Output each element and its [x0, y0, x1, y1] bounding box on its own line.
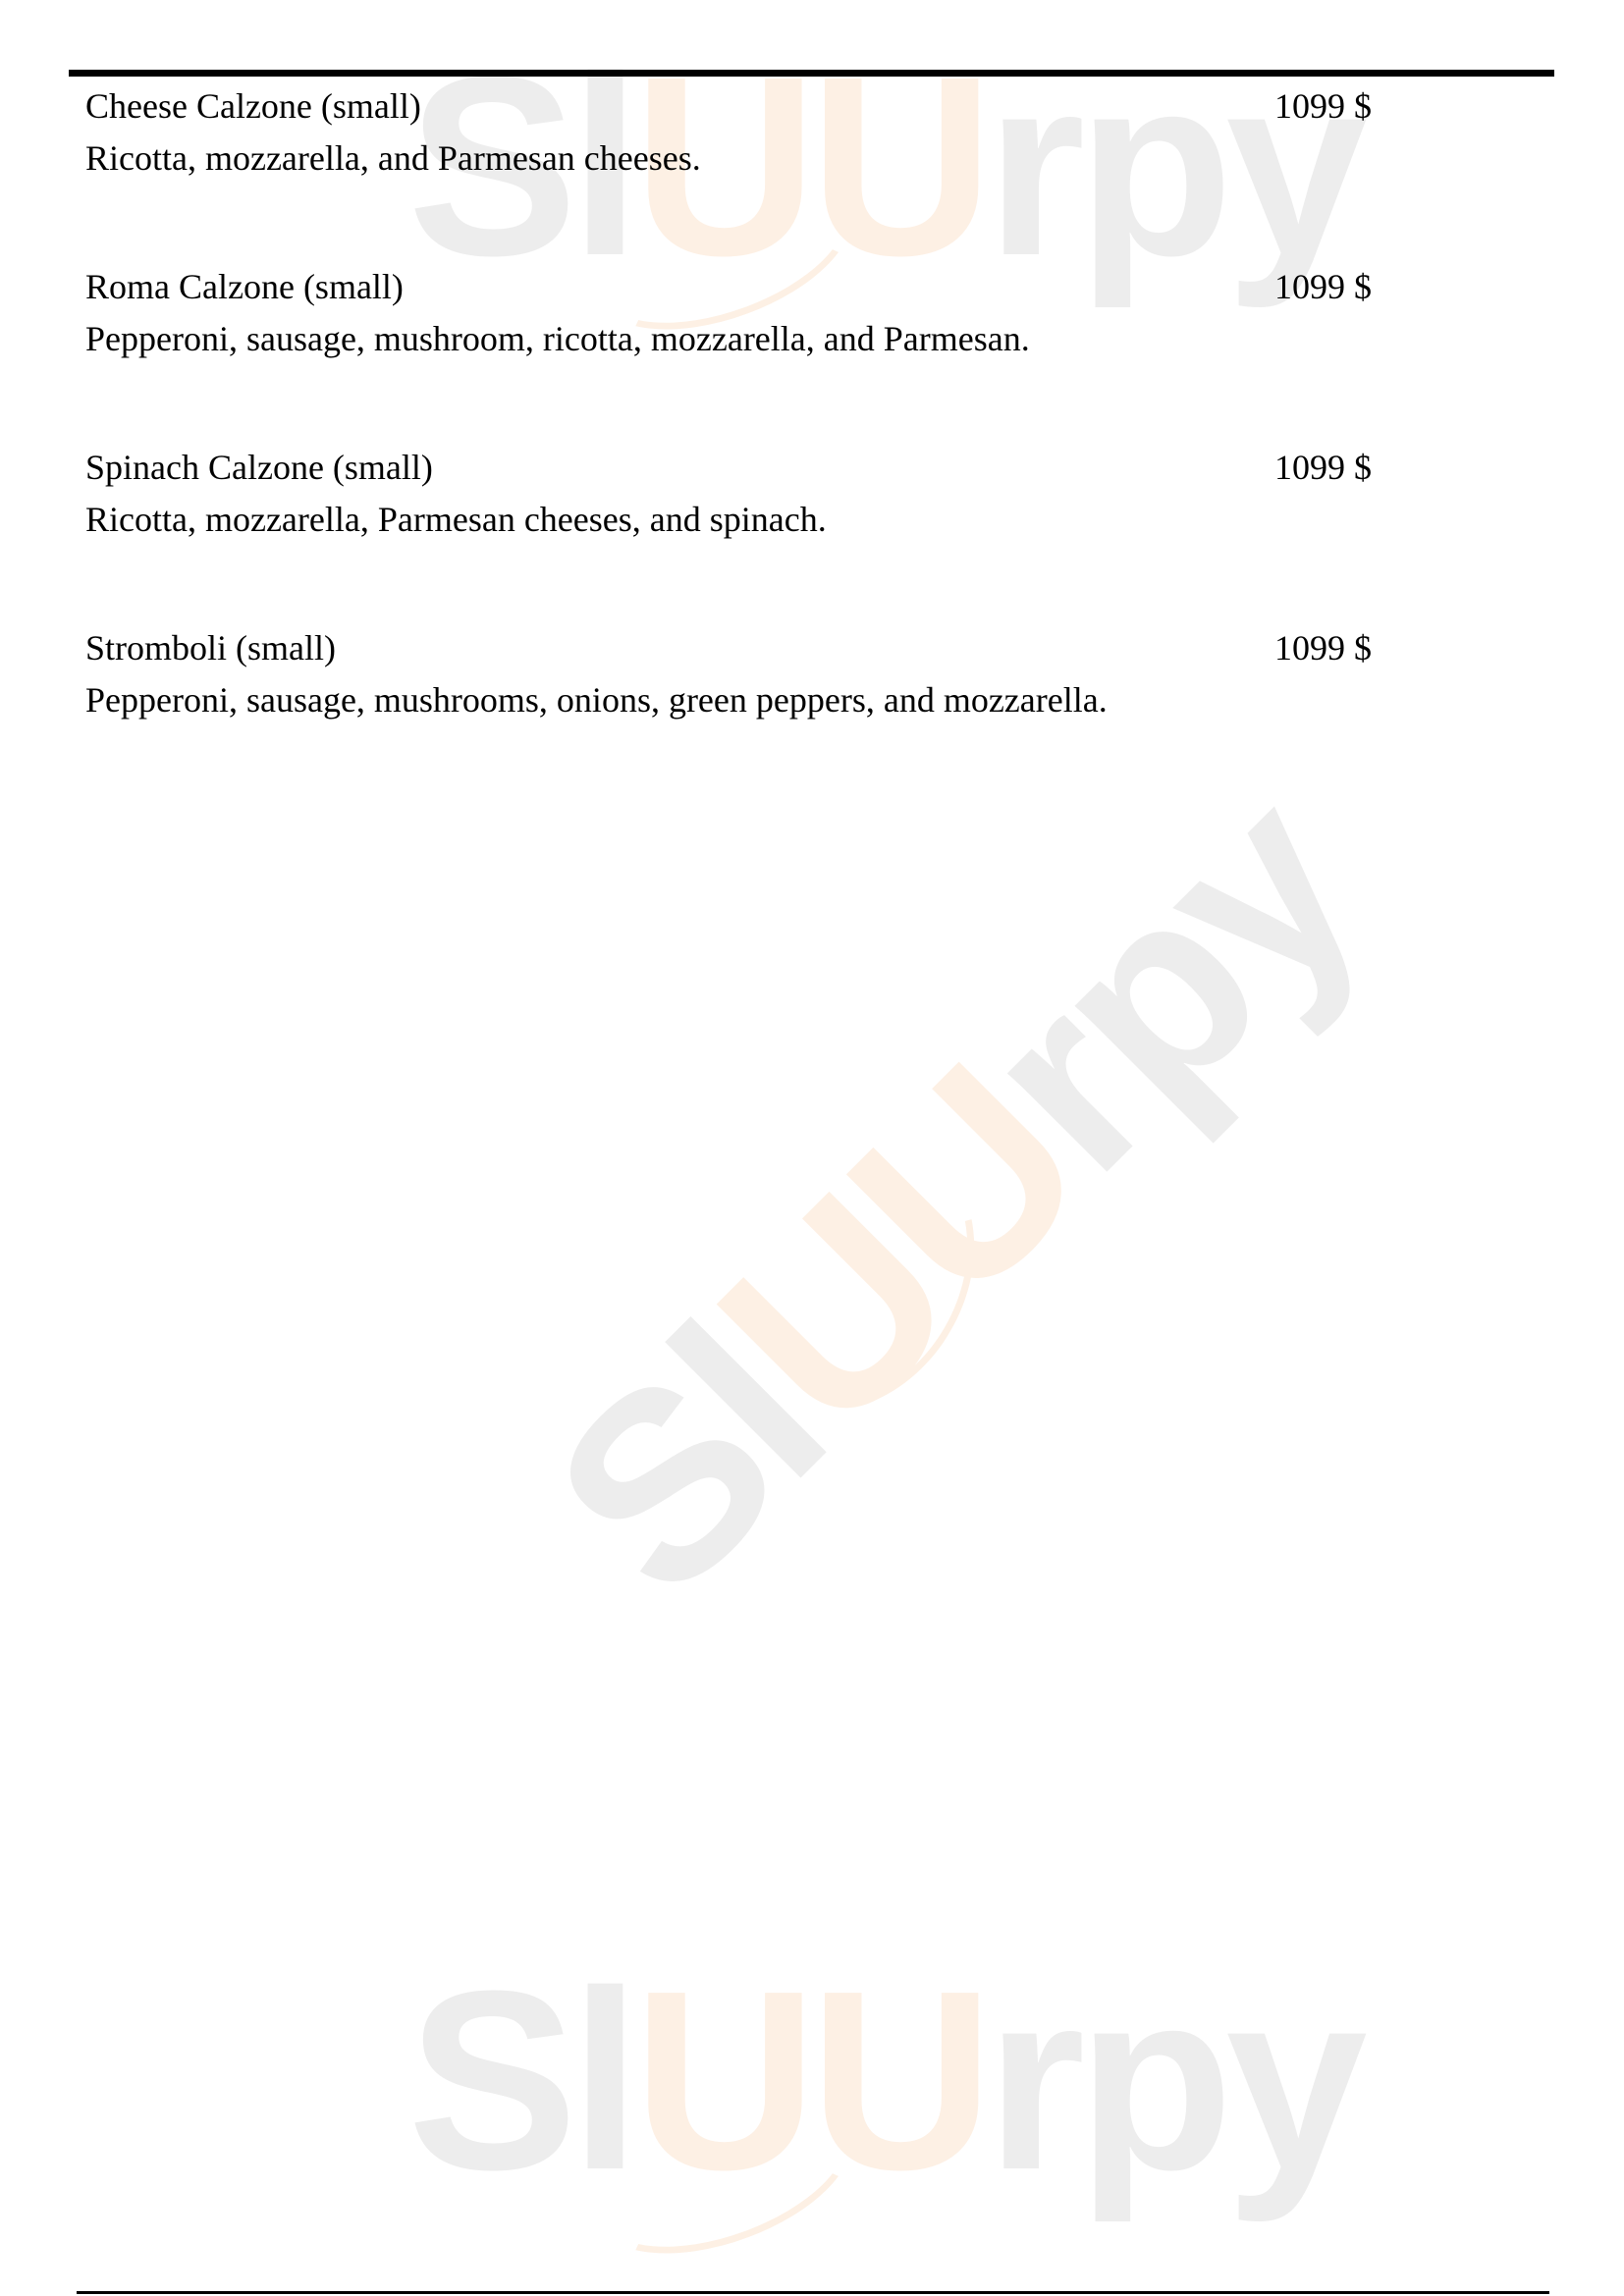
menu-item-price: 1099 $: [1274, 442, 1372, 494]
menu-item: Stromboli (small) Pepperoni, sausage, mu…: [85, 622, 1558, 803]
watermark-smile-icon: [679, 1091, 1023, 1456]
menu-item-title: Roma Calzone (small): [85, 261, 1224, 313]
menu-item: Cheese Calzone (small) Ricotta, mozzarel…: [85, 80, 1558, 261]
menu-item-description: Pepperoni, sausage, mushroom, ricotta, m…: [85, 313, 1224, 365]
menu-item-price: 1099 $: [1274, 80, 1372, 133]
watermark-text: rpy: [925, 741, 1409, 1225]
top-rule-divider: [69, 70, 1554, 77]
menu-item-description: Ricotta, mozzarella, and Parmesan cheese…: [85, 133, 1224, 185]
watermark-smile-icon: [574, 2068, 872, 2284]
bottom-rule-divider: [77, 2291, 1549, 2294]
menu-item-description: Pepperoni, sausage, mushrooms, onions, g…: [85, 674, 1224, 726]
watermark-logo-bottom: SlUUrpy: [407, 1953, 1360, 2209]
menu-item: Spinach Calzone (small) Ricotta, mozzare…: [85, 442, 1558, 622]
watermark-text: rpy: [986, 1939, 1360, 2223]
watermark-text: Sl: [407, 1939, 633, 2223]
menu-item: Roma Calzone (small) Pepperoni, sausage,…: [85, 261, 1558, 442]
menu-item-title: Stromboli (small): [85, 622, 1224, 674]
menu-item-title: Spinach Calzone (small): [85, 442, 1224, 494]
menu-list: Cheese Calzone (small) Ricotta, mozzarel…: [85, 80, 1558, 803]
menu-item-price: 1099 $: [1274, 622, 1372, 674]
menu-item-price: 1099 $: [1274, 261, 1372, 313]
menu-item-description: Ricotta, mozzarella, Parmesan cheeses, a…: [85, 494, 1224, 546]
menu-item-title: Cheese Calzone (small): [85, 80, 1224, 133]
